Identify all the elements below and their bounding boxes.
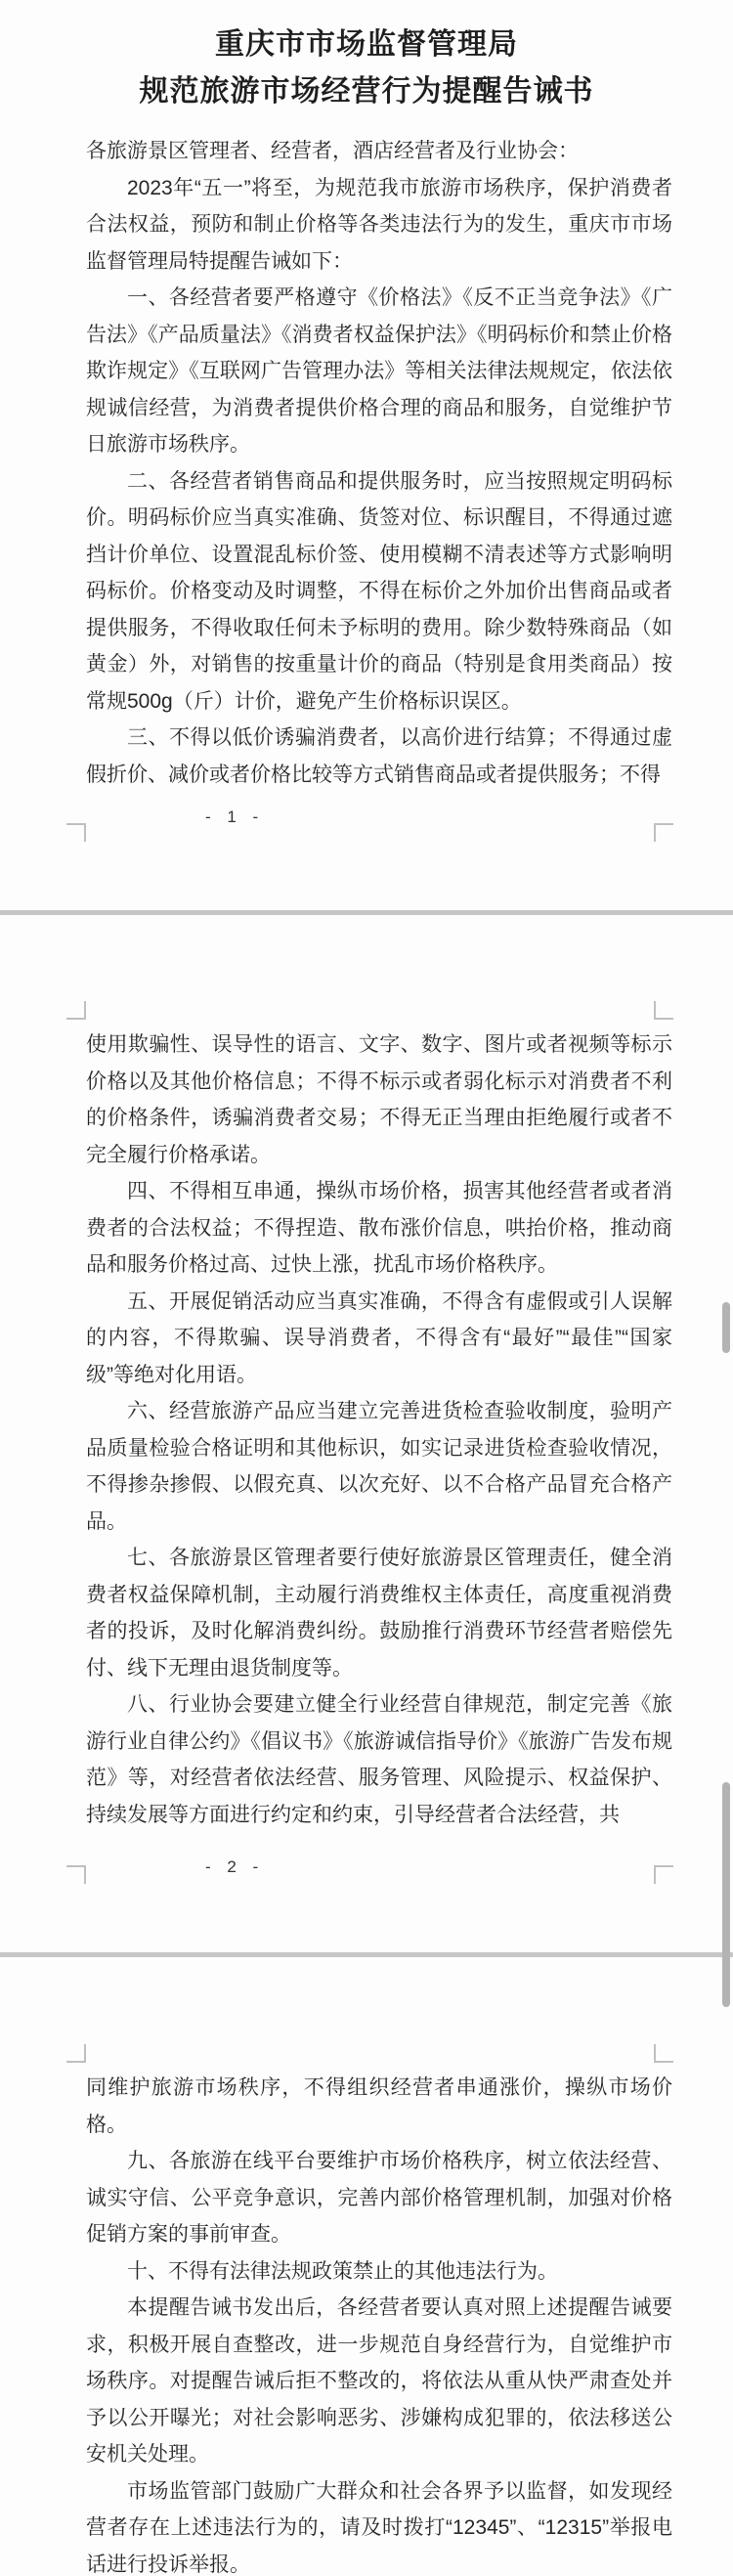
- page-2-body-text: 使用欺骗性、误导性的语言、文字、数字、图片或者视频等标示价格以及其他价格信息；不…: [86, 1026, 672, 1833]
- page-corner-mark: [654, 1865, 673, 1884]
- paragraph: 十、不得有法律法规政策禁止的其他违法行为。: [86, 2253, 672, 2291]
- page-number-1: - 1 -: [205, 808, 283, 827]
- paragraph: 九、各旅游在线平台要维护市场价格秩序，树立依法经营、诚实守信、公平竞争意识，完善…: [86, 2143, 672, 2253]
- page-corner-mark: [654, 2044, 673, 2063]
- document-page-1: 重庆市市场监督管理局 规范旅游市场经营行为提醒告诫书 各旅游景区管理者、经营者，…: [0, 0, 733, 910]
- page-corner-mark: [66, 2044, 86, 2063]
- page-corner-mark: [66, 1865, 86, 1884]
- paragraph: 八、行业协会要建立健全行业经营自律规范，制定完善《旅游行业自律公约》《倡议书》《…: [86, 1686, 672, 1833]
- paragraph: 各旅游景区管理者、经营者，酒店经营者及行业协会：: [86, 133, 672, 170]
- paragraph: 五、开展促销活动应当真实准确，不得含有虚假或引人误解的内容，不得欺骗、误导消费者…: [86, 1284, 672, 1394]
- page-corner-mark: [654, 1001, 673, 1020]
- document-page-3: 同维护旅游市场秩序，不得组织经营者串通涨价，操纵市场价格。九、各旅游在线平台要维…: [0, 1957, 733, 2576]
- document-page-2: 使用欺骗性、误导性的语言、文字、数字、图片或者视频等标示价格以及其他价格信息；不…: [0, 915, 733, 1952]
- paragraph: 市场监管部门鼓励广大群众和社会各界予以监督，如发现经营者存在上述违法行为的，请及…: [86, 2473, 672, 2576]
- paragraph: 2023年“五一”将至，为规范我市旅游市场秩序，保护消费者合法权益，预防和制止价…: [86, 170, 672, 281]
- paragraph: 四、不得相互串通，操纵市场价格，损害其他经营者或者消费者的合法权益；不得捏造、散…: [86, 1173, 672, 1284]
- doc-title-line-2: 规范旅游市场经营行为提醒告诫书: [0, 68, 733, 115]
- document-viewer-long-screenshot: 重庆市市场监督管理局 规范旅游市场经营行为提醒告诫书 各旅游景区管理者、经营者，…: [0, 0, 733, 2576]
- paragraph: 二、各经营者销售商品和提供服务时，应当按照规定明码标价。明码标价应当真实准确、货…: [86, 463, 672, 720]
- document-title-block: 重庆市市场监督管理局 规范旅游市场经营行为提醒告诫书: [0, 22, 733, 115]
- paragraph: 六、经营旅游产品应当建立完善进货检查验收制度，验明产品质量检验合格证明和其他标识…: [86, 1393, 672, 1540]
- paragraph: 同维护旅游市场秩序，不得组织经营者串通涨价，操纵市场价格。: [86, 2070, 672, 2143]
- scrollbar-thumb[interactable]: [722, 1782, 730, 2007]
- page-corner-mark: [66, 1001, 86, 1020]
- page-corner-mark: [66, 823, 86, 842]
- page-number-2: - 2 -: [205, 1857, 283, 1877]
- page-corner-mark: [654, 823, 673, 842]
- page-1-body-text: 各旅游景区管理者、经营者，酒店经营者及行业协会：2023年“五一”将至，为规范我…: [86, 133, 672, 793]
- paragraph: 本提醒告诫书发出后，各经营者要认真对照上述提醒告诫要求，积极开展自查整改，进一步…: [86, 2290, 672, 2473]
- doc-title-line-1: 重庆市市场监督管理局: [0, 22, 733, 68]
- paragraph: 三、不得以低价诱骗消费者，以高价进行结算；不得通过虚假折价、减价或者价格比较等方…: [86, 720, 672, 793]
- scrollbar-thumb[interactable]: [722, 1302, 730, 1353]
- page-3-body-text: 同维护旅游市场秩序，不得组织经营者串通涨价，操纵市场价格。九、各旅游在线平台要维…: [86, 2070, 672, 2576]
- paragraph: 七、各旅游景区管理者要行使好旅游景区管理责任，健全消费者权益保障机制，主动履行消…: [86, 1540, 672, 1686]
- paragraph: 使用欺骗性、误导性的语言、文字、数字、图片或者视频等标示价格以及其他价格信息；不…: [86, 1026, 672, 1173]
- paragraph: 一、各经营者要严格遵守《价格法》《反不正当竞争法》《广告法》《产品质量法》《消费…: [86, 280, 672, 463]
